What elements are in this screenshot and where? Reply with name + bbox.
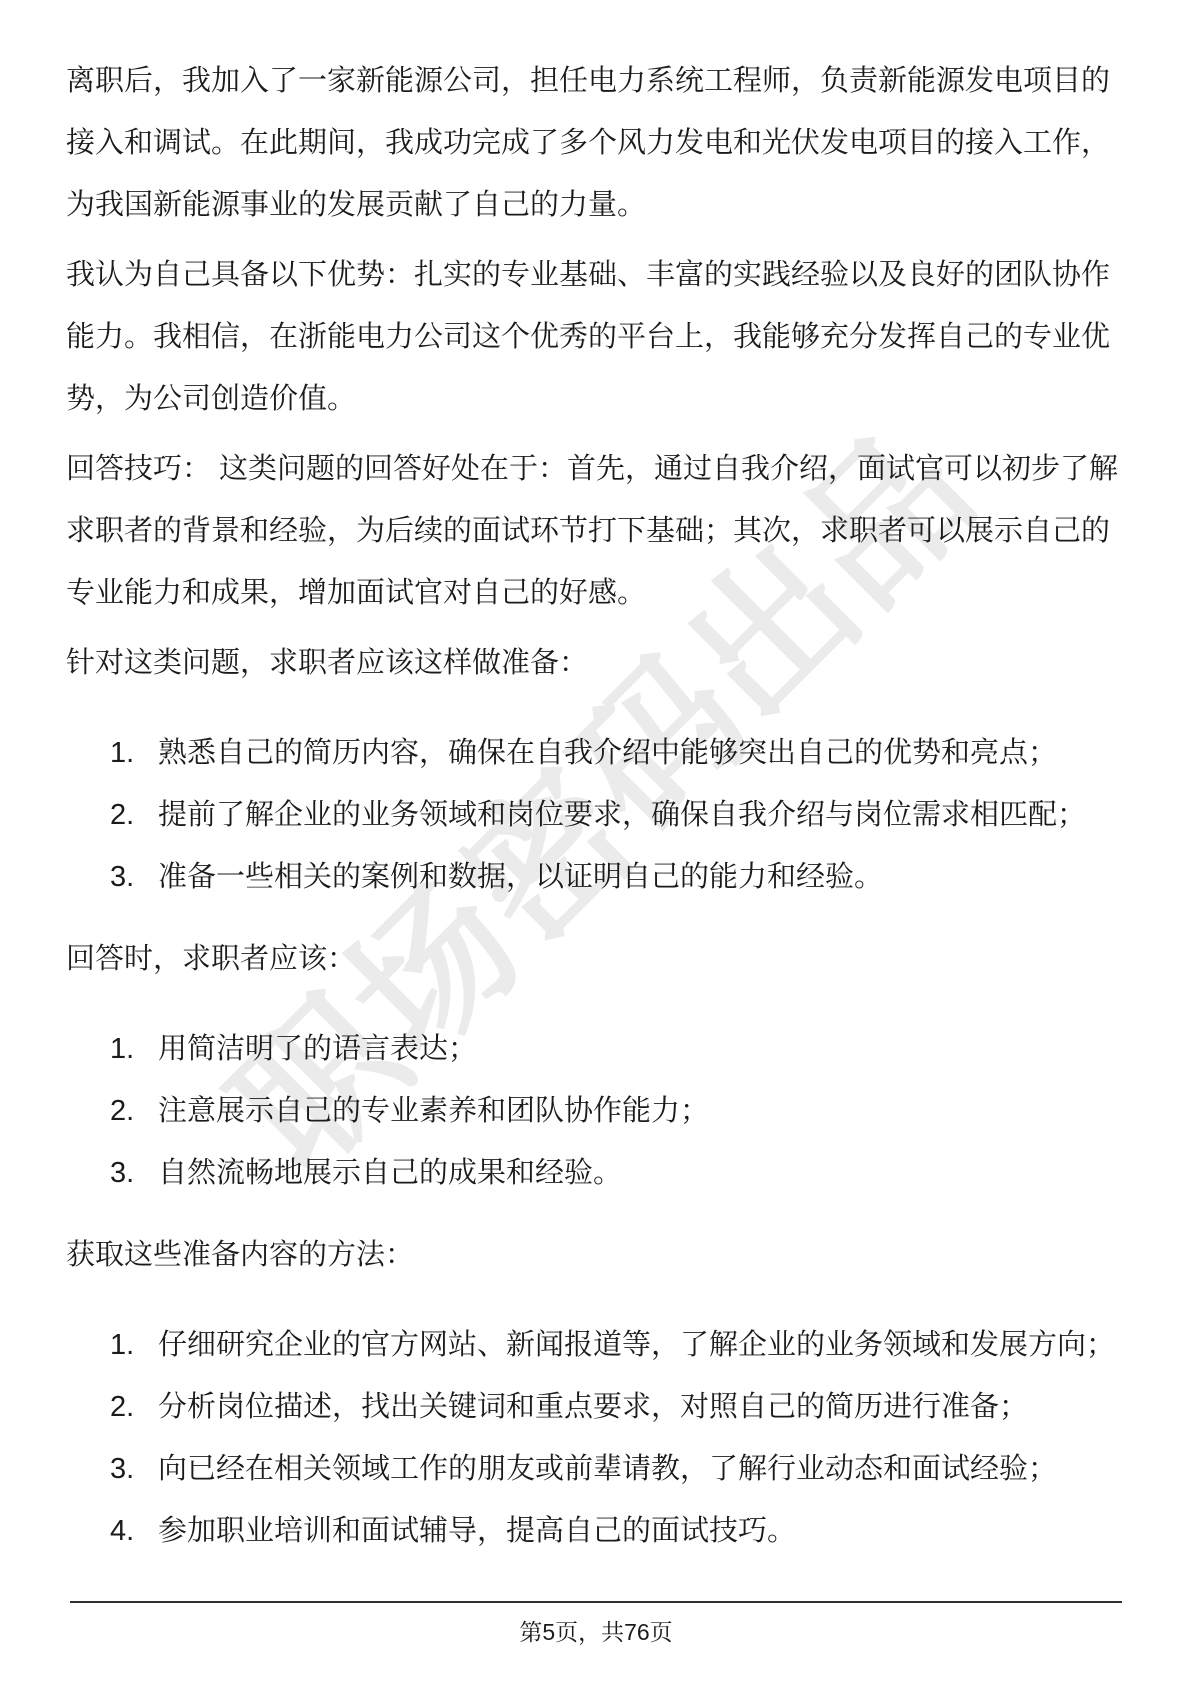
list-item-text: 熟悉自己的简历内容，确保在自我介绍中能够突出自己的优势和亮点； (158, 737, 1057, 769)
list-item: 2.注意展示自己的专业素养和团队协作能力； (66, 1080, 1132, 1142)
list-item-number: 2. (110, 784, 136, 846)
list-item: 1.仔细研究企业的官方网站、新闻报道等，了解企业的业务领域和发展方向； (66, 1314, 1132, 1376)
text-line: 接入和调试。在此期间，我成功完成了多个风力发电和光伏发电项目的接入工作， (66, 112, 1132, 174)
list-item-text: 自然流畅地展示自己的成果和经验。 (158, 1157, 622, 1189)
list-item: 2.分析岗位描述，找出关键词和重点要求，对照自己的简历进行准备； (66, 1376, 1132, 1438)
text-line: 专业能力和成果，增加面试官对自己的好感。 (66, 562, 1132, 624)
list-item-text: 用简洁明了的语言表达； (158, 1033, 477, 1065)
text-line: 回答技巧： 这类问题的回答好处在于：首先，通过自我介绍，面试官可以初步了解 (66, 438, 1132, 500)
document-page: 职场密码出品 离职后，我加入了一家新能源公司，担任电力系统工程师，负责新能源发电… (0, 0, 1190, 1684)
page-footer: 第5页，共76页 (70, 1601, 1122, 1647)
text-line: 我认为自己具备以下优势：扎实的专业基础、丰富的实践经验以及良好的团队协作 (66, 244, 1132, 306)
list-item-text: 向已经在相关领域工作的朋友或前辈请教，了解行业动态和面试经验； (158, 1453, 1057, 1485)
list-methods: 1.仔细研究企业的官方网站、新闻报道等，了解企业的业务领域和发展方向； 2.分析… (66, 1314, 1132, 1562)
text-line: 为我国新能源事业的发展贡献了自己的力量。 (66, 174, 1132, 236)
text-line: 能力。我相信，在浙能电力公司这个优秀的平台上，我能够充分发挥自己的专业优 (66, 306, 1132, 368)
list-item-number: 4. (110, 1500, 136, 1562)
list-item-text: 参加职业培训和面试辅导，提高自己的面试技巧。 (158, 1515, 796, 1547)
heading-answering: 回答时，求职者应该： (66, 928, 1132, 990)
list-item: 3.自然流畅地展示自己的成果和经验。 (66, 1142, 1132, 1204)
list-item-text: 准备一些相关的案例和数据，以证明自己的能力和经验。 (158, 861, 883, 893)
heading-preparation: 针对这类问题，求职者应该这样做准备： (66, 632, 1132, 694)
list-item-number: 1. (110, 1314, 136, 1376)
paragraph-experience: 离职后，我加入了一家新能源公司，担任电力系统工程师，负责新能源发电项目的 接入和… (66, 50, 1132, 236)
paragraph-answer-technique: 回答技巧： 这类问题的回答好处在于：首先，通过自我介绍，面试官可以初步了解 求职… (66, 438, 1132, 624)
list-item-text: 分析岗位描述，找出关键词和重点要求，对照自己的简历进行准备； (158, 1391, 1028, 1423)
list-preparation: 1.熟悉自己的简历内容，确保在自我介绍中能够突出自己的优势和亮点； 2.提前了解… (66, 722, 1132, 908)
list-item-text: 注意展示自己的专业素养和团队协作能力； (158, 1095, 709, 1127)
list-item: 3.向已经在相关领域工作的朋友或前辈请教，了解行业动态和面试经验； (66, 1438, 1132, 1500)
list-answering: 1.用简洁明了的语言表达； 2.注意展示自己的专业素养和团队协作能力； 3.自然… (66, 1018, 1132, 1204)
text-line: 回答时，求职者应该： (66, 928, 1132, 990)
list-item: 1.熟悉自己的简历内容，确保在自我介绍中能够突出自己的优势和亮点； (66, 722, 1132, 784)
list-item-number: 3. (110, 1438, 136, 1500)
list-item: 3.准备一些相关的案例和数据，以证明自己的能力和经验。 (66, 846, 1132, 908)
text-line: 获取这些准备内容的方法： (66, 1224, 1132, 1286)
text-line: 求职者的背景和经验，为后续的面试环节打下基础；其次，求职者可以展示自己的 (66, 500, 1132, 562)
list-item: 1.用简洁明了的语言表达； (66, 1018, 1132, 1080)
text-line: 针对这类问题，求职者应该这样做准备： (66, 632, 1132, 694)
heading-methods: 获取这些准备内容的方法： (66, 1224, 1132, 1286)
list-item-number: 1. (110, 722, 136, 784)
list-item-text: 提前了解企业的业务领域和岗位要求，确保自我介绍与岗位需求相匹配； (158, 799, 1086, 831)
list-item-number: 3. (110, 1142, 136, 1204)
list-item-number: 3. (110, 846, 136, 908)
text-line: 势，为公司创造价值。 (66, 368, 1132, 430)
list-item-text: 仔细研究企业的官方网站、新闻报道等，了解企业的业务领域和发展方向； (158, 1329, 1115, 1361)
list-item-number: 2. (110, 1080, 136, 1142)
list-item: 2.提前了解企业的业务领域和岗位要求，确保自我介绍与岗位需求相匹配； (66, 784, 1132, 846)
page-number: 第5页，共76页 (70, 1617, 1122, 1647)
text-line: 离职后，我加入了一家新能源公司，担任电力系统工程师，负责新能源发电项目的 (66, 50, 1132, 112)
list-item: 4.参加职业培训和面试辅导，提高自己的面试技巧。 (66, 1500, 1132, 1562)
paragraph-strengths: 我认为自己具备以下优势：扎实的专业基础、丰富的实践经验以及良好的团队协作 能力。… (66, 244, 1132, 430)
list-item-number: 2. (110, 1376, 136, 1438)
list-item-number: 1. (110, 1018, 136, 1080)
document-body: 离职后，我加入了一家新能源公司，担任电力系统工程师，负责新能源发电项目的 接入和… (0, 0, 1190, 1562)
